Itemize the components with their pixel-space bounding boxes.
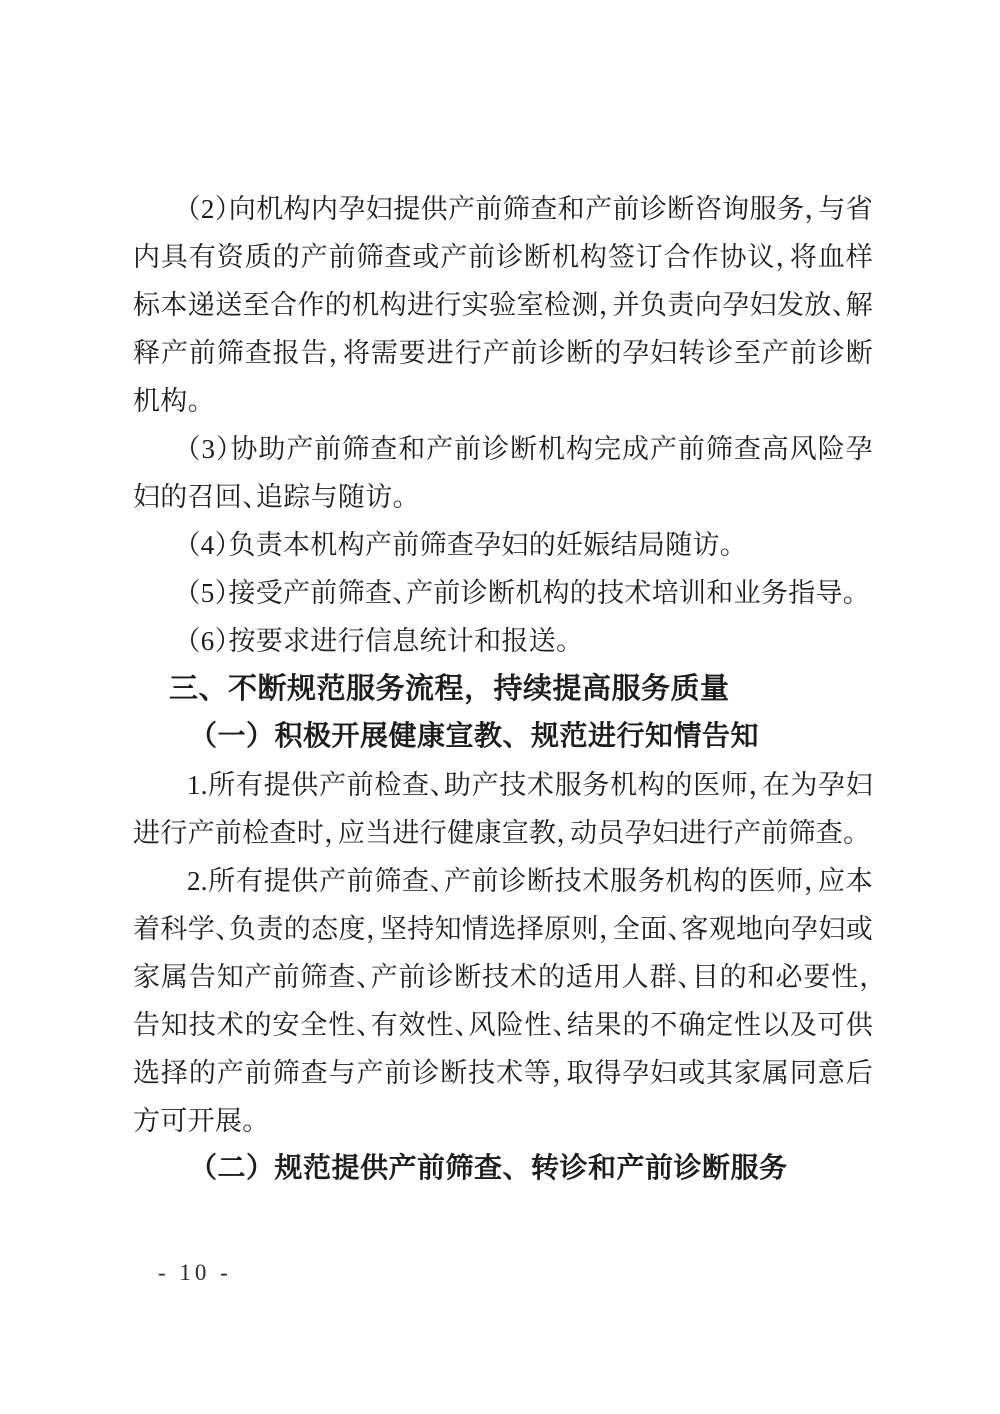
section-heading-three: 三、不断规范服务流程，持续提高服务质量: [133, 665, 873, 713]
document-page: （2）向机构内孕妇提供产前筛查和产前诊断咨询服务，与省内具有资质的产前筛查或产前…: [0, 0, 1000, 1414]
subsection-heading-two: （二）规范提供产前筛查、转诊和产前诊断服务: [133, 1145, 873, 1193]
subsection-heading-one: （一）积极开展健康宣教、规范进行知情告知: [133, 713, 873, 761]
body-paragraph-numbered-2: 2.所有提供产前筛查、产前诊断技术服务机构的医师，应本着科学、负责的态度，坚持知…: [133, 857, 873, 1145]
body-paragraph-numbered-1: 1.所有提供产前检查、助产技术服务机构的医师，在为孕妇进行产前检查时，应当进行健…: [133, 761, 873, 857]
body-paragraph-item-6: （6）按要求进行信息统计和报送。: [133, 617, 873, 665]
body-paragraph-item-5: （5）接受产前筛查、产前诊断机构的技术培训和业务指导。: [133, 569, 873, 617]
page-number: - 10 -: [158, 1260, 232, 1286]
body-paragraph-item-4: （4）负责本机构产前筛查孕妇的妊娠结局随访。: [133, 521, 873, 569]
document-body: （2）向机构内孕妇提供产前筛查和产前诊断咨询服务，与省内具有资质的产前筛查或产前…: [133, 185, 873, 1193]
body-paragraph-item-3: （3）协助产前筛查和产前诊断机构完成产前筛查高风险孕妇的召回、追踪与随访。: [133, 425, 873, 521]
body-paragraph-item-2: （2）向机构内孕妇提供产前筛查和产前诊断咨询服务，与省内具有资质的产前筛查或产前…: [133, 185, 873, 425]
